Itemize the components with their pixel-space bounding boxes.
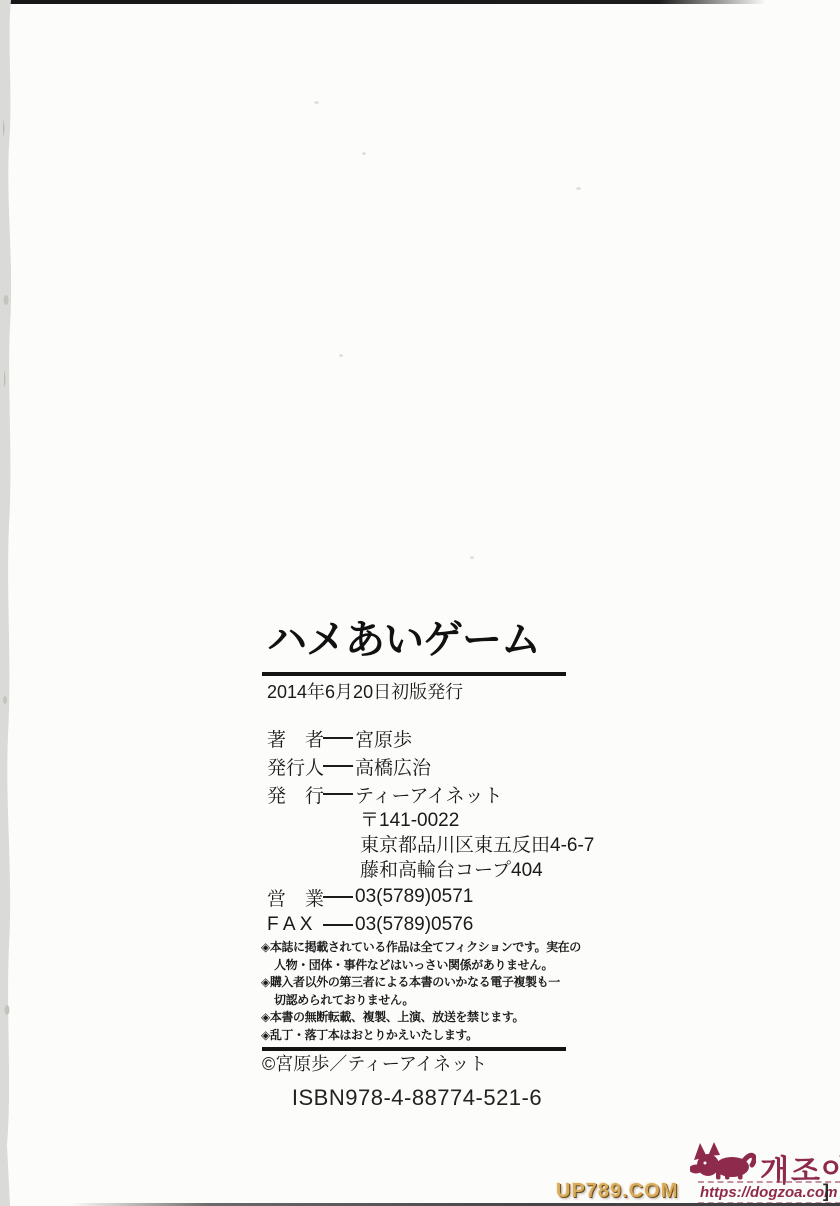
credit-label: 営 業 xyxy=(267,884,323,911)
divider-rule-bottom xyxy=(262,1047,566,1051)
credit-row-publisher-person: 発行人 高橋広治 xyxy=(267,752,567,780)
scan-speck xyxy=(362,152,366,155)
credit-value: 高橋広治 xyxy=(355,753,431,780)
scan-speck xyxy=(470,556,474,559)
colophon-block: ハメあいゲーム 2014年6月20日初版発行 著 者 宮原歩 発行人 高橋広治 … xyxy=(267,616,567,1110)
credit-value: 03(5789)0571 xyxy=(355,886,473,908)
copyright-line: ©宮原歩／ティーアイネット xyxy=(262,1054,567,1074)
credits-list: 著 者 宮原歩 発行人 高橋広治 発 行 ティーアイネット 〒141-0022 … xyxy=(267,724,567,939)
label-dash xyxy=(323,896,353,899)
note-line: ◈本書の無断転載、複製、上演、放送を禁じます。 xyxy=(261,1009,567,1027)
watermark-site-dogzoa-url: https://dogzoa.com xyxy=(698,1181,840,1204)
note-line: ◈購入者以外の第三者による本書のいかなる電子複製も一 xyxy=(261,974,567,992)
scanned-colophon-page: ハメあいゲーム 2014年6月20日初版発行 著 者 宮原歩 発行人 高橋広治 … xyxy=(0,0,840,1206)
label-dash xyxy=(323,765,353,768)
credit-value: 03(5789)0576 xyxy=(355,914,473,936)
scan-speck xyxy=(339,354,343,357)
note-line-continuation: 人物・団体・事件などはいっさい関係がありません。 xyxy=(261,957,567,975)
note-line: ◈本誌に掲載されている作品は全てフィクションです。実在の xyxy=(261,939,567,957)
credit-value: ティーアイネット xyxy=(355,781,503,808)
legal-notes: ◈本誌に掲載されている作品は全てフィクションです。実在の 人物・団体・事件などは… xyxy=(261,939,567,1044)
credit-row-publisher: 発 行 ティーアイネット xyxy=(267,780,567,808)
credit-value: 宮原歩 xyxy=(355,725,412,752)
scan-top-edge xyxy=(0,0,766,4)
note-line: ◈乱丁・落丁本はおとりかえいたします。 xyxy=(261,1027,567,1045)
edition-date: 2014年6月20日初版発行 xyxy=(267,681,567,703)
torn-paper-edge xyxy=(0,0,20,1206)
label-dash xyxy=(323,924,353,927)
credit-label: 著 者 xyxy=(267,725,323,752)
isbn-number: ISBN978-4-88774-521-6 xyxy=(267,1086,567,1110)
book-title: ハメあいゲーム xyxy=(267,616,567,664)
watermark-korean-name: 개조아 xyxy=(760,1146,840,1190)
dog-mascot-icon xyxy=(690,1142,756,1180)
watermark-bracket-mark: ] xyxy=(823,1181,829,1202)
label-dash xyxy=(323,793,353,796)
credit-label: F A X xyxy=(267,914,323,936)
divider-rule-top xyxy=(262,672,566,676)
address-line: 東京都品川区東五反田4-6-7 xyxy=(360,833,567,858)
note-line-continuation: 切認められておりません。 xyxy=(261,992,567,1010)
scan-speck xyxy=(576,187,581,190)
credit-row-sales-phone: 営 業 03(5789)0571 xyxy=(267,883,567,911)
credit-label: 発行人 xyxy=(267,753,323,780)
watermark-site-up789: UP789.COM xyxy=(556,1180,678,1203)
publisher-address: 〒141-0022 東京都品川区東五反田4-6-7 藤和高輪台コープ404 xyxy=(267,808,567,883)
scan-speck xyxy=(314,101,319,104)
label-dash xyxy=(323,737,353,740)
postal-code: 〒141-0022 xyxy=(360,808,567,833)
address-line: 藤和高輪台コープ404 xyxy=(360,858,567,883)
credit-label: 発 行 xyxy=(267,781,323,808)
credit-row-author: 著 者 宮原歩 xyxy=(267,724,567,752)
credit-row-fax: F A X 03(5789)0576 xyxy=(267,911,567,939)
